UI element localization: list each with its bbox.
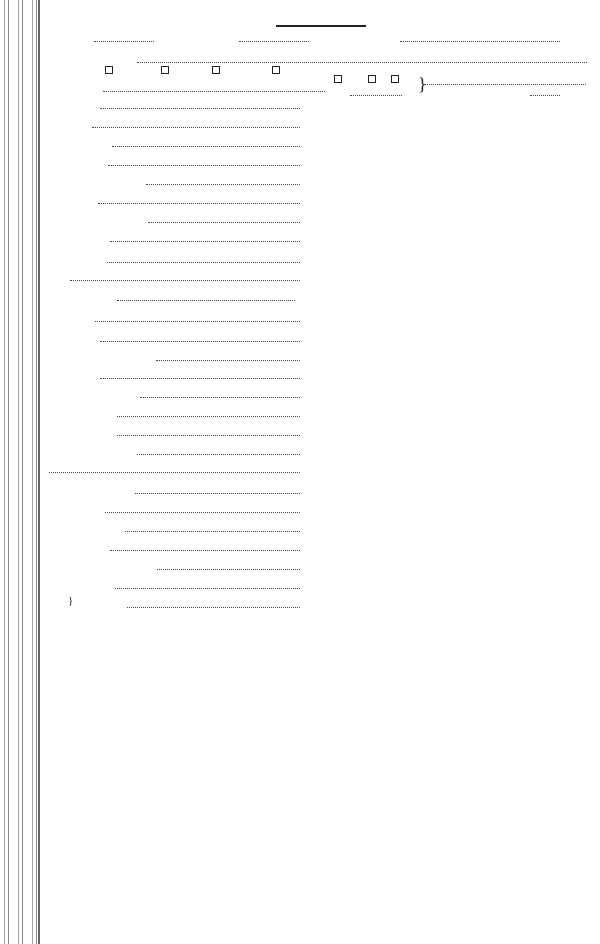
mother-birthplace-field[interactable] <box>115 588 300 589</box>
clergyman-field[interactable] <box>100 341 300 342</box>
checkbox-divorced-box[interactable] <box>272 66 280 74</box>
checkbox-wife[interactable] <box>368 75 378 83</box>
how-secured-field[interactable] <box>108 165 300 166</box>
title-underline <box>276 25 366 27</box>
resided-line <box>140 397 300 398</box>
date-of-funeral-field[interactable] <box>117 300 295 301</box>
checkbox-divorced[interactable] <box>272 66 282 74</box>
father-bp-line <box>110 550 300 551</box>
residence-line <box>103 91 325 92</box>
age-spouse-field[interactable] <box>530 95 560 96</box>
or-field[interactable] <box>350 95 402 96</box>
checkbox-single[interactable] <box>161 66 171 74</box>
cause-line <box>117 435 300 436</box>
checkbox-single-box[interactable] <box>161 66 169 74</box>
veteran-line <box>146 184 300 185</box>
yearly-no-field[interactable] <box>239 41 309 42</box>
checkbox-widow-box[interactable] <box>391 75 399 83</box>
checkbox-husband[interactable] <box>334 75 344 83</box>
employer-field[interactable] <box>148 222 300 223</box>
contributory-field[interactable] <box>137 454 300 455</box>
checkbox-widowed[interactable] <box>212 66 222 74</box>
pod-line <box>117 416 300 417</box>
remains-to-label: } <box>68 595 73 608</box>
checkbox-husband-box[interactable] <box>334 75 342 83</box>
checkbox-wife-box[interactable] <box>368 75 376 83</box>
total-no-line <box>94 41 154 42</box>
father-line <box>125 531 300 532</box>
page-binding-edge <box>0 0 40 944</box>
services-field[interactable] <box>95 321 300 322</box>
physician-line <box>135 493 300 494</box>
birthplace-line <box>100 378 300 379</box>
checkbox-widowed-box[interactable] <box>212 66 220 74</box>
order-line <box>112 146 300 147</box>
dod-line <box>110 241 300 242</box>
name-line <box>137 62 587 63</box>
checkbox-married[interactable] <box>105 66 115 74</box>
remains-to-field[interactable] <box>127 607 300 608</box>
his-address-line <box>105 512 300 513</box>
address-line <box>92 127 300 128</box>
charge-line <box>100 108 300 109</box>
contributory-field-2[interactable] <box>49 472 300 473</box>
occupation-line <box>98 203 300 204</box>
spouse-name-field[interactable] <box>424 84 586 85</box>
age-line <box>70 280 300 281</box>
dob-line <box>107 262 300 263</box>
date-of-entry-line <box>400 41 560 42</box>
checkbox-widow[interactable] <box>391 75 401 83</box>
checkbox-married-box[interactable] <box>105 66 113 74</box>
mother-line <box>157 569 300 570</box>
religion-line <box>156 360 300 361</box>
